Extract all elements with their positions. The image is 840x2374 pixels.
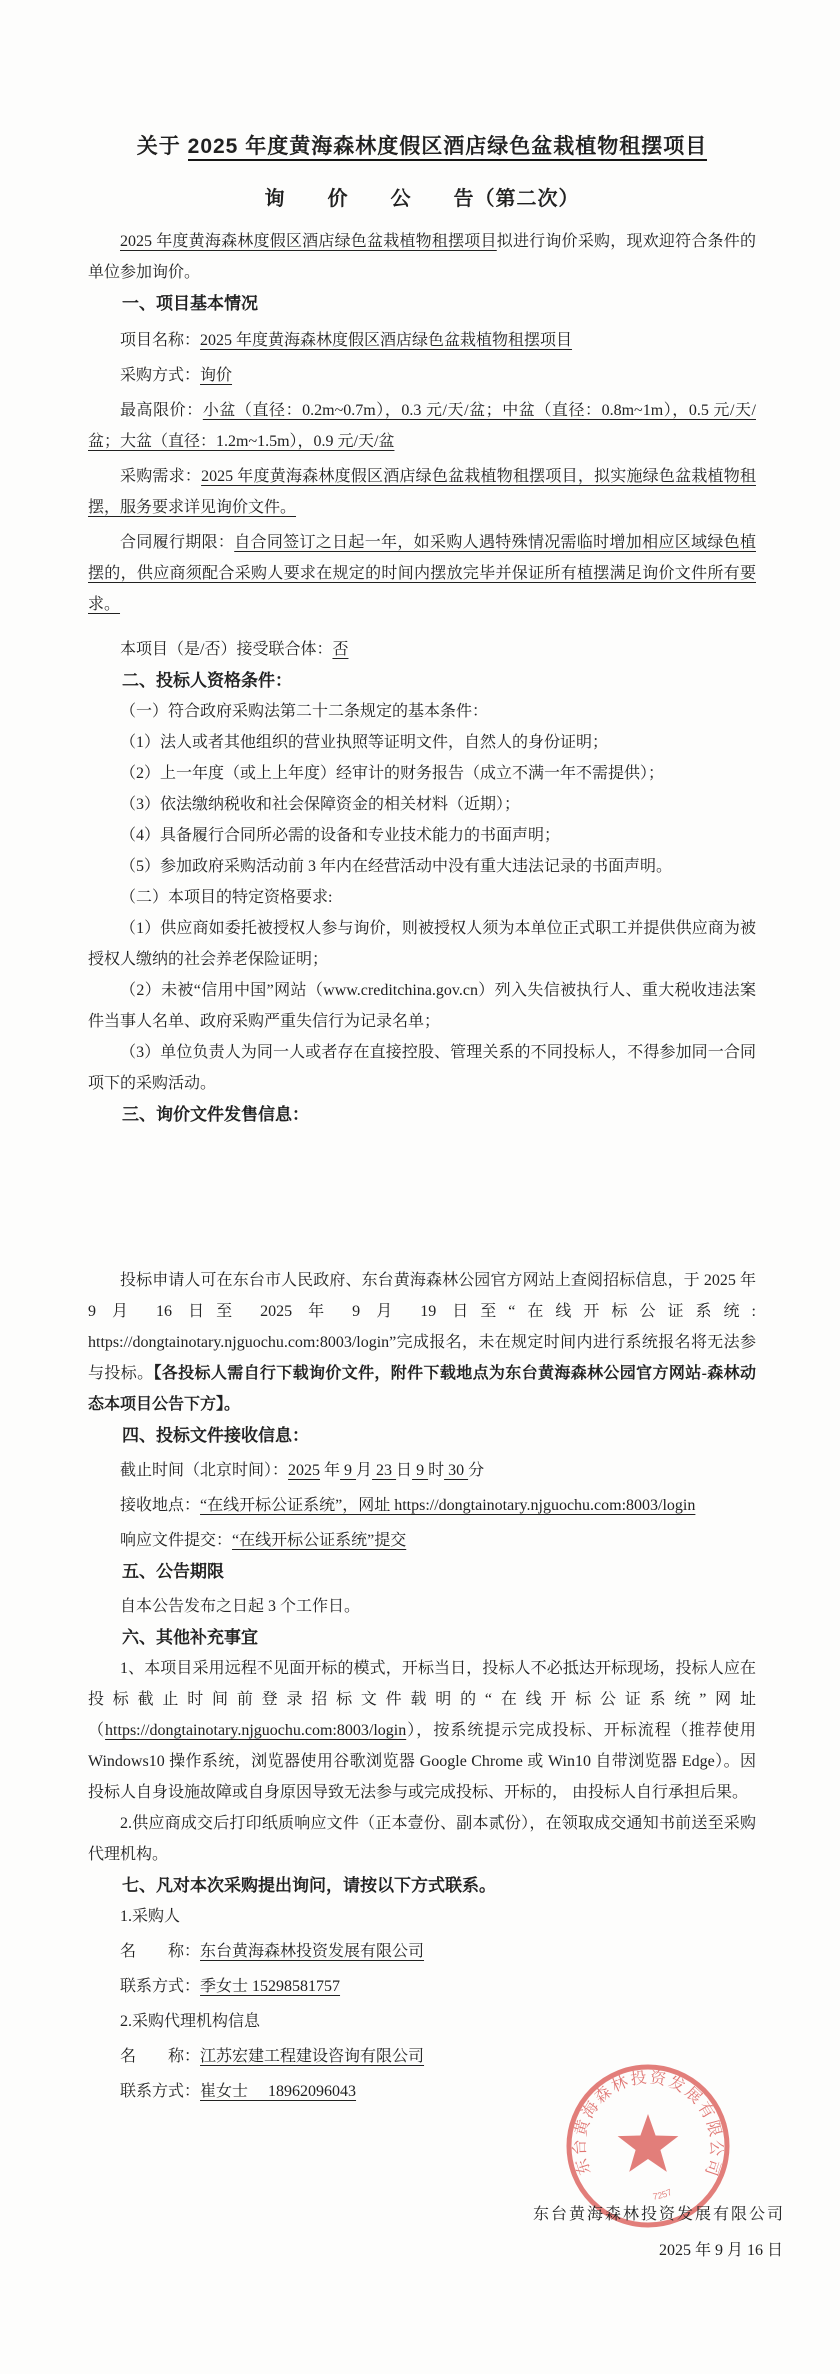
seal-star-icon [618,2114,679,2172]
field-label: 名 称： [120,1943,200,1960]
agency-name: 江苏宏建工程建设咨询有限公司 [200,2048,424,2065]
section1-heading: 一、项目基本情况 [88,288,756,319]
field-consortium: 本项目（是/否）接受联合体：否 [88,634,756,665]
qualification-item: （1）供应商如委托被授权人参与询价，则被授权人须为本单位正式职工并提供供应商为被… [88,913,756,975]
supplement-item-1: 1、本项目采用远程不见面开标的模式，开标当日，投标人不必抵达开标现场，投标人应在… [88,1653,756,1808]
field-value: “在线开标公证系统”提交 [232,1532,406,1549]
deadline-unit: 分 [468,1462,484,1479]
field-price-limit: 最高限价：小盆（直径：0.2m~0.7m），0.3 元/天/盆；中盆（直径：0.… [88,395,756,457]
blank-gap [88,1130,756,1265]
field-receive-location: 接收地点：“在线开标公证系统”，网址 https://dongtainotary… [88,1490,756,1521]
qualification-item: （4）具备履行合同所必需的设备和专业技术能力的书面声明； [88,820,756,851]
purchaser-contact-line: 联系方式：季女士 15298581757 [88,1971,756,2002]
field-procurement-demand: 采购需求：2025 年度黄海森林度假区酒店绿色盆栽植物租摆项目，拟实施绿色盆栽植… [88,461,756,523]
field-project-name: 项目名称：2025 年度黄海森林度假区酒店绿色盆栽植物租摆项目 [88,325,756,356]
purchaser-contact: 季女士 15298581757 [200,1978,340,1995]
intro-paragraph: 2025 年度黄海森林度假区酒店绿色盆栽植物租摆项目拟进行询价采购，现欢迎符合条… [88,226,756,288]
field-value: 2025 年度黄海森林度假区酒店绿色盆栽植物租摆项目 [200,332,572,349]
supplement-item-2: 2.供应商成交后打印纸质响应文件（正本壹份、副本贰份），在领取成交通知书前送至采… [88,1808,756,1870]
field-label: 采购需求： [120,468,201,485]
section2-heading: 二、投标人资格条件： [88,665,756,696]
section6-heading: 六、其他补充事宜 [88,1622,756,1653]
field-value: “在线开标公证系统”，网址 https://dongtainotary.njgu… [200,1497,695,1514]
field-label: 项目名称： [120,332,200,349]
deadline-label: 截止时间（北京时间）： [120,1462,288,1479]
announcement-document: 关于 2025 年度黄海森林度假区酒店绿色盆栽植物租摆项目 询 价 公 告（第二… [0,0,840,2374]
issue-info-paragraph: 投标申请人可在东台市人民政府、东台黄海森林公园官方网站上查阅招标信息，于 202… [88,1265,756,1420]
document-title-project: 2025 年度黄海森林度假区酒店绿色盆栽植物租摆项目 [188,135,708,161]
seal-number: 7257 [652,2187,673,2202]
deadline-unit: 年 [320,1462,340,1479]
field-label: 接收地点： [120,1497,200,1514]
qualification-item: （2）未被“信用中国”网站（www.creditchina.gov.cn）列入失… [88,975,756,1037]
qualification-item: （一）符合政府采购法第二十二条规定的基本条件： [88,696,756,727]
document-subtitle: 询 价 公 告（第二次） [88,184,756,214]
deadline-day: 23 [372,1462,396,1479]
field-deadline: 截止时间（北京时间）：2025 年 9 月 23 日 9 时 30 分 [88,1455,756,1486]
document-title: 关于 2025 年度黄海森林度假区酒店绿色盆栽植物租摆项目 [88,0,756,162]
qualification-item: （3）单位负责人为同一人或者存在直接控股、管理关系的不同投标人，不得参加同一合同… [88,1037,756,1099]
issue-info-bracket-note: 【各投标人需自行下载询价文件，附件下载地点为东台黄海森林公园官方网站-森林动态本… [88,1365,756,1413]
bid-system-url: https://dongtainotary.njguochu.com:8003/… [105,1722,406,1739]
field-label: 采购方式： [120,367,200,384]
agency-title: 2.采购代理机构信息 [88,2006,756,2037]
section5-heading: 五、公告期限 [88,1556,756,1587]
qualification-item: （2）上一年度（或上上年度）经审计的财务报告（成立不满一年不需提供）； [88,758,756,789]
svg-text:7257: 7257 [652,2187,673,2202]
field-label: 响应文件提交： [120,1532,232,1549]
field-label: 最高限价： [120,402,203,419]
purchaser-name: 东台黄海森林投资发展有限公司 [200,1943,424,1960]
deadline-unit: 月 [356,1462,372,1479]
field-contract-term: 合同履行期限：自合同签订之日起一年，如采购人遇特殊情况需临时增加相应区域绿色植摆… [88,527,756,620]
field-value: 否 [332,641,348,658]
section4-heading: 四、投标文件接收信息： [88,1420,756,1451]
field-label: 联系方式： [120,1978,200,1995]
issuer-signature: 东台黄海森林投资发展有限公司 [533,2203,785,2227]
document-title-prefix: 关于 [137,135,188,158]
section7-heading: 七、凡对本次采购提出询问，请按以下方式联系。 [88,1870,756,1901]
field-label: 本项目（是/否）接受联合体： [120,641,332,658]
qualification-item: （3）依法缴纳税收和社会保障资金的相关材料（近期）； [88,789,756,820]
field-label: 名 称： [120,2048,200,2065]
deadline-minute: 30 [444,1462,468,1479]
purchaser-title: 1.采购人 [88,1901,756,1932]
field-label: 合同履行期限： [120,534,234,551]
agency-contact: 崔女士 18962096043 [200,2083,356,2100]
announcement-period: 自本公告发布之日起 3 个工作日。 [88,1591,756,1622]
deadline-year: 2025 [288,1462,320,1479]
issue-date: 2025 年 9 月 16 日 [659,2239,783,2263]
qualification-item: （5）参加政府采购活动前 3 年内在经营活动中没有重大违法记录的书面声明。 [88,851,756,882]
qualification-item: （1）法人或者其他组织的营业执照等证明文件，自然人的身份证明； [88,727,756,758]
purchaser-name-line: 名 称：东台黄海森林投资发展有限公司 [88,1936,756,1967]
qualification-item: （二）本项目的特定资格要求: [88,882,756,913]
deadline-month: 9 [340,1462,356,1479]
deadline-unit: 时 [428,1462,444,1479]
section3-heading: 三、询价文件发售信息： [88,1099,756,1130]
field-procurement-method: 采购方式：询价 [88,360,756,391]
field-label: 联系方式： [120,2083,200,2100]
field-value: 询价 [200,367,232,384]
deadline-unit: 日 [396,1462,412,1479]
intro-project-name: 2025 年度黄海森林度假区酒店绿色盆栽植物租摆项目 [120,233,497,250]
deadline-hour: 9 [412,1462,428,1479]
field-response-submit: 响应文件提交：“在线开标公证系统”提交 [88,1525,756,1556]
